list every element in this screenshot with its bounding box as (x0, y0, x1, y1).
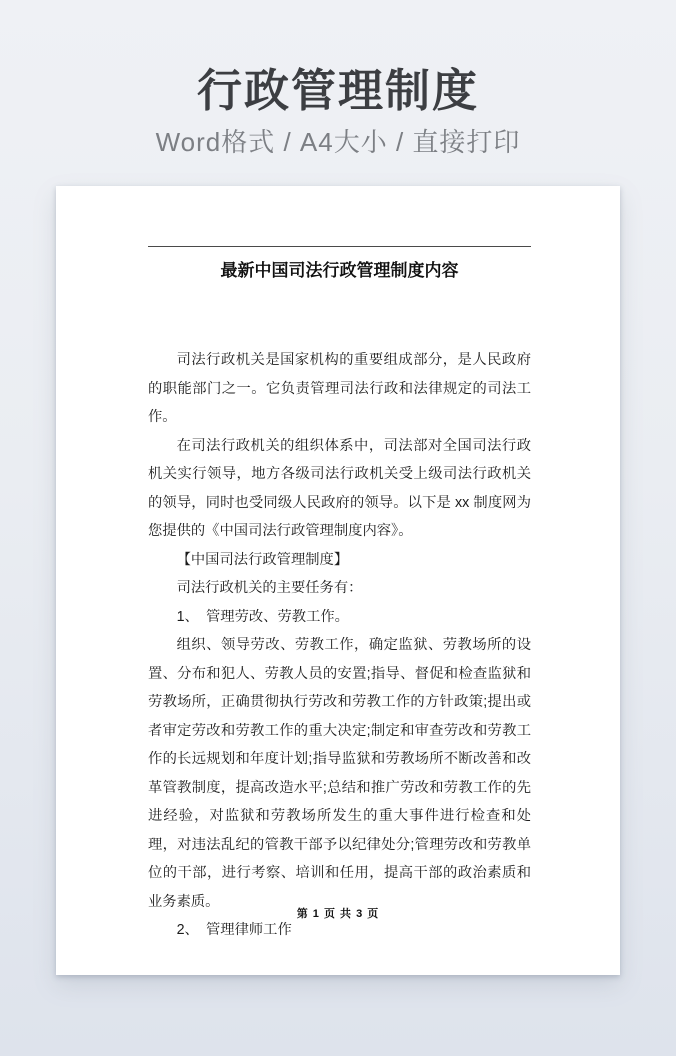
template-title: 行政管理制度 (0, 68, 676, 113)
document-page-preview: 最新中国司法行政管理制度内容 司法行政机关是国家机构的重要组成部分，是人民政府的… (56, 186, 620, 975)
template-subtitle: Word格式 / A4大小 / 直接打印 (0, 127, 676, 157)
document-paragraph: 【中国司法行政管理制度】 (148, 546, 531, 575)
title-divider (148, 246, 531, 247)
page-background: 行政管理制度 Word格式 / A4大小 / 直接打印 最新中国司法行政管理制度… (0, 0, 676, 1056)
document-title: 最新中国司法行政管理制度内容 (148, 259, 531, 283)
document-paragraph: 司法行政机关是国家机构的重要组成部分，是人民政府的职能部门之一。它负责管理司法行… (148, 346, 531, 432)
document-body: 司法行政机关是国家机构的重要组成部分，是人民政府的职能部门之一。它负责管理司法行… (148, 346, 531, 945)
hero-banner: 行政管理制度 Word格式 / A4大小 / 直接打印 (0, 0, 676, 157)
document-list-item: 1、 管理劳改、劳教工作。 (148, 603, 531, 632)
page-number: 第 1 页 共 3 页 (56, 905, 620, 921)
document-paragraph: 司法行政机关的主要任务有： (148, 574, 531, 603)
document-paragraph: 组织、领导劳改、劳教工作，确定监狱、劳教场所的设置、分布和犯人、劳教人员的安置;… (148, 631, 531, 916)
document-paragraph: 在司法行政机关的组织体系中，司法部对全国司法行政机关实行领导，地方各级司法行政机… (148, 432, 531, 546)
